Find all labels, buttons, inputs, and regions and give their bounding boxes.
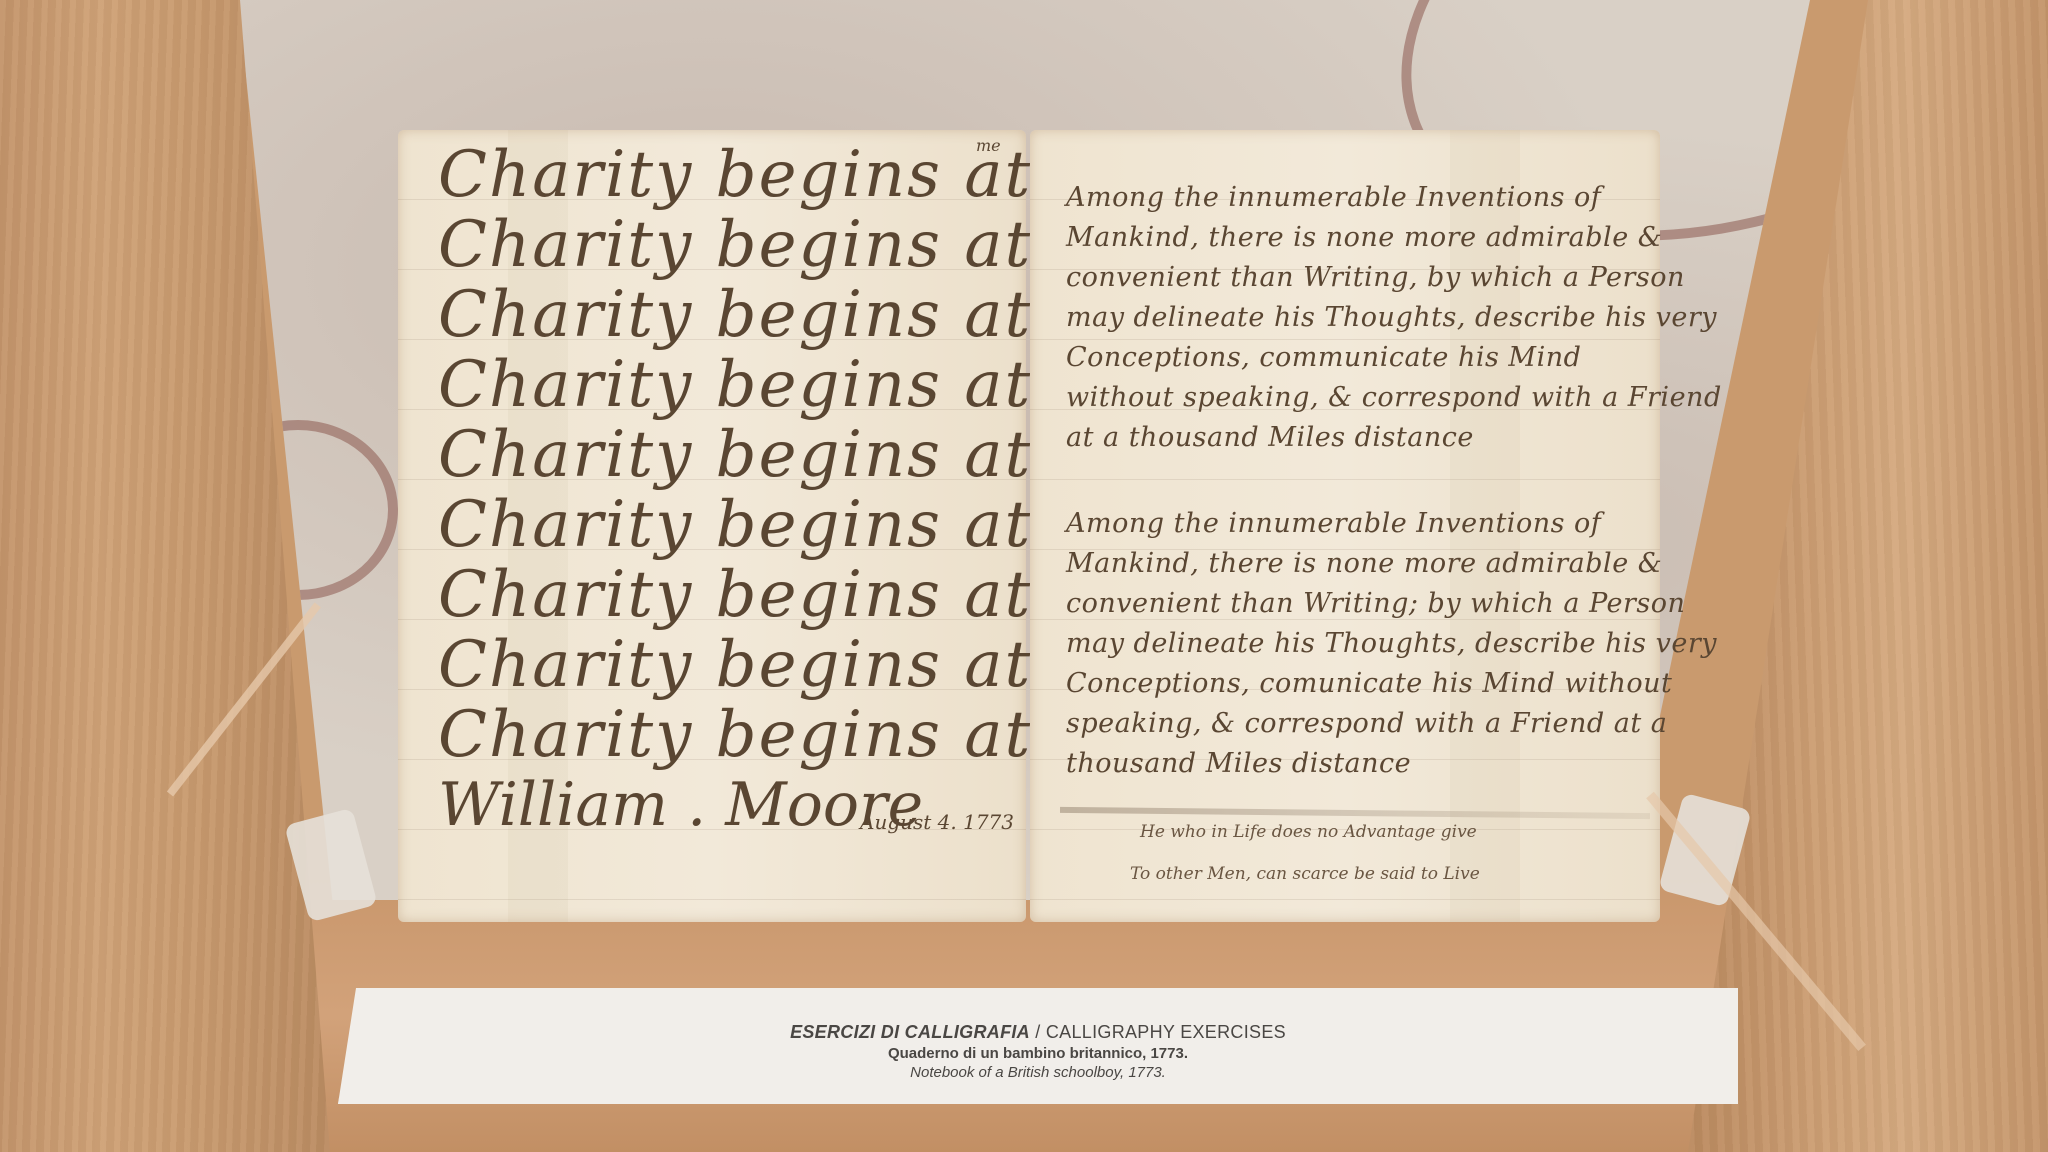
verse-line: To other Men, can scarce be said to Live xyxy=(1130,864,1480,884)
paragraph-line: convenient than Writing; by which a Pers… xyxy=(1066,588,1685,619)
label-separator: / xyxy=(1030,1022,1046,1042)
paragraph-line: Mankind, there is none more admirable & xyxy=(1066,548,1662,579)
museum-display-scene: Charity begins at ho me Charity begins a… xyxy=(0,0,2048,1152)
paragraph-line: Among the innumerable Inventions of xyxy=(1066,508,1601,539)
paragraph-line: Mankind, there is none more admirable & xyxy=(1066,222,1662,253)
paragraph-line: Among the innumerable Inventions of xyxy=(1066,182,1601,213)
notebook-left-page: Charity begins at ho me Charity begins a… xyxy=(398,130,1026,922)
paragraph-line: may delineate his Thoughts, describe his… xyxy=(1066,628,1717,659)
paragraph-line: Conceptions, communicate his Mind xyxy=(1066,342,1581,373)
torn-edge xyxy=(1060,807,1650,819)
label-title: ESERCIZI DI CALLIGRAFIA / CALLIGRAPHY EX… xyxy=(338,1022,1738,1043)
paragraph-line: at a thousand Miles distance xyxy=(1066,422,1474,453)
paragraph-line: without speaking, & correspond with a Fr… xyxy=(1066,382,1722,413)
superscript: me xyxy=(976,136,1001,155)
paragraph-line: thousand Miles distance xyxy=(1066,748,1411,779)
paragraph-line: Conceptions, comunicate his Mind without xyxy=(1066,668,1672,699)
notebook-right-page: Among the innumerable Inventions of Mank… xyxy=(1030,130,1660,922)
signature: William . Moore xyxy=(438,770,923,840)
signature-date: August 4. 1773 xyxy=(860,810,1014,834)
label-subtitle-italian: Quaderno di un bambino britannico, 1773. xyxy=(338,1045,1738,1062)
paragraph-line: convenient than Writing, by which a Pers… xyxy=(1066,262,1685,293)
label-title-italian: ESERCIZI DI CALLIGRAFIA xyxy=(790,1022,1030,1042)
paragraph-line: speaking, & correspond with a Friend at … xyxy=(1066,708,1667,739)
verse-line: He who in Life does no Advantage give xyxy=(1140,822,1477,842)
exhibit-label-card: ESERCIZI DI CALLIGRAFIA / CALLIGRAPHY EX… xyxy=(338,988,1738,1104)
label-title-english: CALLIGRAPHY EXERCISES xyxy=(1046,1022,1286,1042)
open-notebook: Charity begins at ho me Charity begins a… xyxy=(398,130,1660,922)
paragraph-line: may delineate his Thoughts, describe his… xyxy=(1066,302,1717,333)
label-subtitle-english: Notebook of a British schoolboy, 1773. xyxy=(338,1064,1738,1081)
